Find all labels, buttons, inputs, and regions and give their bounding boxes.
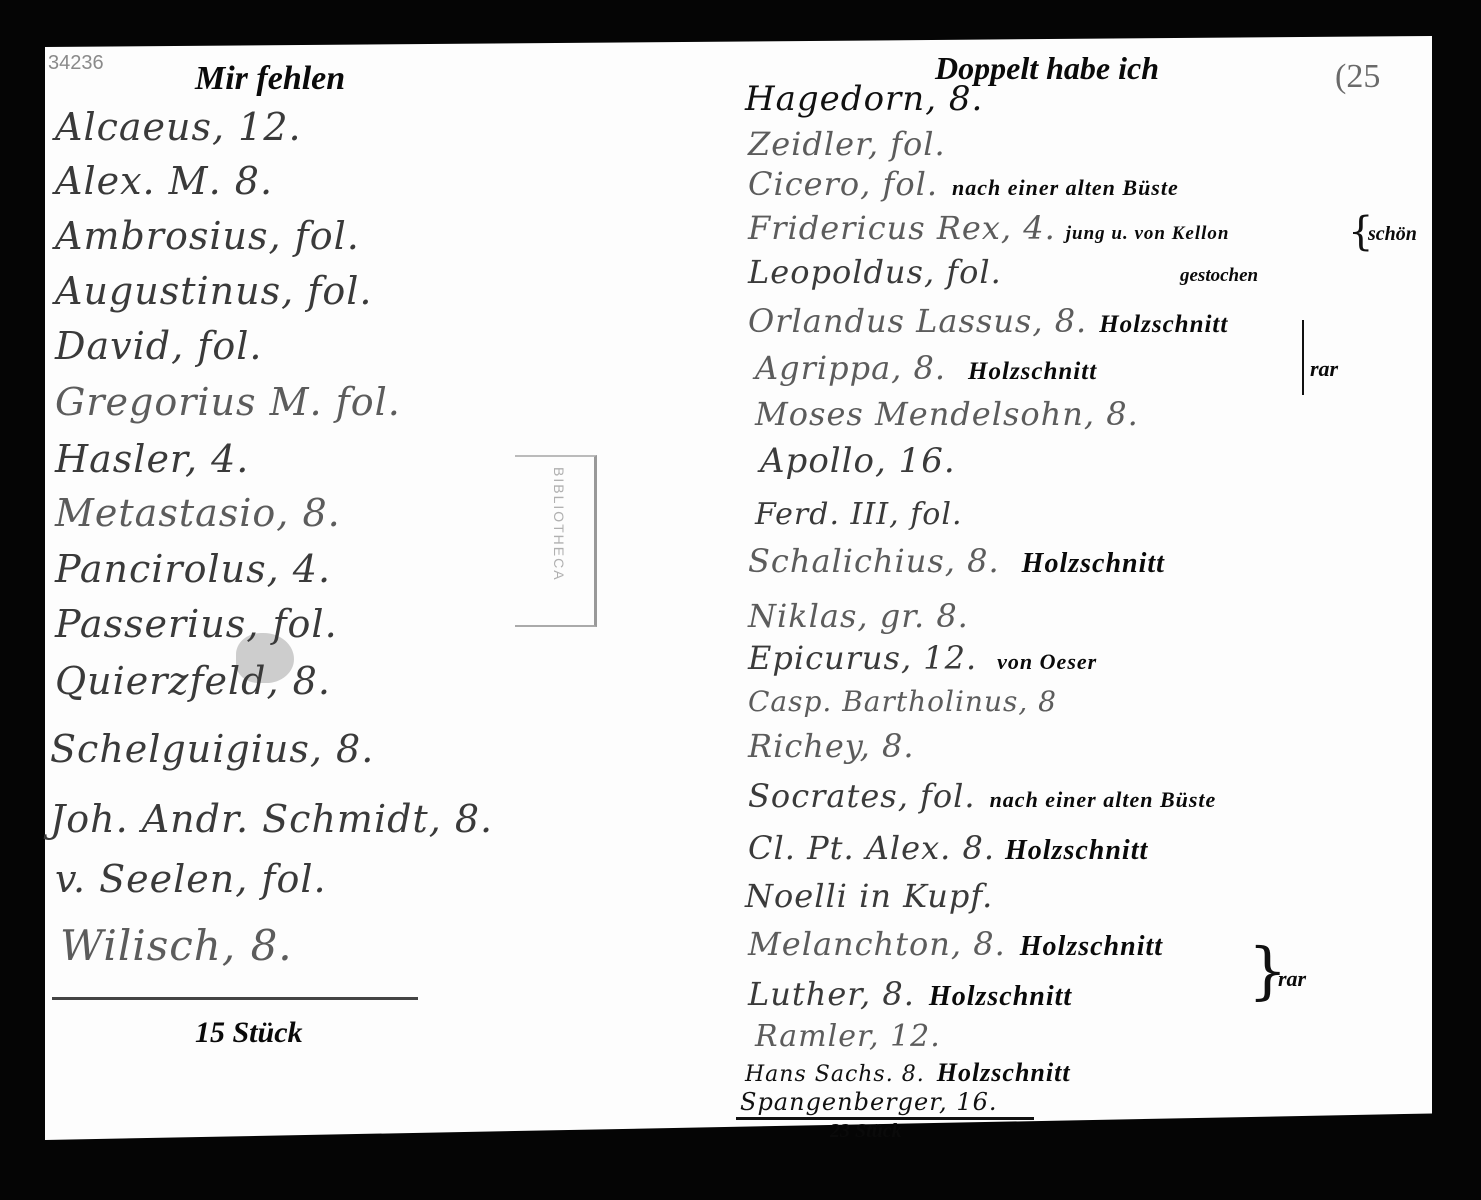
bracket-note-schoen: schön	[1368, 224, 1417, 244]
list-item: Zeidler, fol.	[748, 128, 946, 160]
list-item: Cicero, fol.nach einer alten Büste	[748, 168, 1179, 200]
bracket-note-rar: rar	[1310, 358, 1338, 380]
list-item: Alex. M. 8.	[55, 162, 273, 200]
right-column-total: 23 Stück	[830, 1121, 902, 1141]
list-item: Leopoldus, fol.	[748, 256, 1002, 288]
library-stamp: BIBLIOTHECA	[515, 455, 597, 627]
list-item: David, fol.	[55, 327, 262, 365]
margin-note-gestochen: gestochen	[1180, 266, 1258, 285]
list-item: Richey, 8.	[748, 730, 915, 762]
bracket-line	[1302, 320, 1304, 395]
list-item: Melanchton, 8.Holzschnitt	[748, 928, 1163, 961]
list-item: Pancirolus, 4.	[55, 550, 331, 588]
list-item: Fridericus Rex, 4.jung u. von Kellon	[748, 212, 1229, 244]
list-item: Quierzfeld, 8.	[55, 662, 331, 700]
list-item: Spangenberger, 16.	[740, 1090, 997, 1114]
list-item: Hans Sachs. 8.Holzschnitt	[745, 1060, 1071, 1086]
list-item: Niklas, gr. 8.	[748, 600, 969, 632]
list-item: Cl. Pt. Alex. 8.Holzschnitt	[748, 832, 1148, 865]
list-item: Epicurus, 12.von Oeser	[748, 642, 1097, 674]
list-item: Wilisch, 8.	[60, 925, 293, 967]
list-item: Gregorius M. fol.	[55, 383, 401, 421]
stamp-text: BIBLIOTHECA	[551, 467, 567, 582]
list-item: Ferd. III, fol.	[755, 500, 962, 530]
archive-number: 34236	[48, 52, 104, 75]
bracket-note-rar: rar	[1278, 968, 1306, 990]
list-item: Schelguigius, 8.	[50, 730, 374, 768]
list-item: Hagedorn, 8.	[745, 82, 983, 116]
left-column-heading: Mir fehlen	[195, 62, 345, 96]
list-item: v. Seelen, fol.	[55, 860, 327, 898]
list-item: Ambrosius, fol.	[55, 217, 360, 255]
left-column-total: 15 Stück	[195, 1018, 303, 1048]
list-item: Orlandus Lassus, 8.Holzschnitt	[748, 305, 1228, 337]
list-item: Joh. Andr. Schmidt, 8.	[50, 800, 493, 838]
list-item: Schalichius, 8.Holzschnitt	[748, 545, 1165, 578]
list-item: Augustinus, fol.	[55, 272, 372, 310]
list-item: Metastasio, 8.	[55, 494, 341, 532]
list-item: Socrates, fol.nach einer alten Büste	[748, 780, 1216, 812]
list-item: Moses Mendelsohn, 8.	[755, 398, 1139, 430]
folio-number: (25	[1335, 58, 1380, 96]
list-item: Alcaeus, 12.	[55, 108, 302, 146]
list-item: Hasler, 4.	[55, 440, 249, 478]
list-item: Apollo, 16.	[760, 444, 956, 478]
list-item: Noelli in Kupf.	[745, 880, 993, 912]
total-divider	[52, 997, 418, 1000]
list-item: Casp. Bartholinus, 8	[748, 688, 1057, 716]
list-item: Passerius, fol.	[55, 605, 338, 643]
list-item: Luther, 8.Holzschnitt	[748, 978, 1072, 1011]
list-item: Ramler, 12.	[755, 1022, 941, 1052]
list-item: Agrippa, 8.Holzschnitt	[755, 352, 1097, 384]
